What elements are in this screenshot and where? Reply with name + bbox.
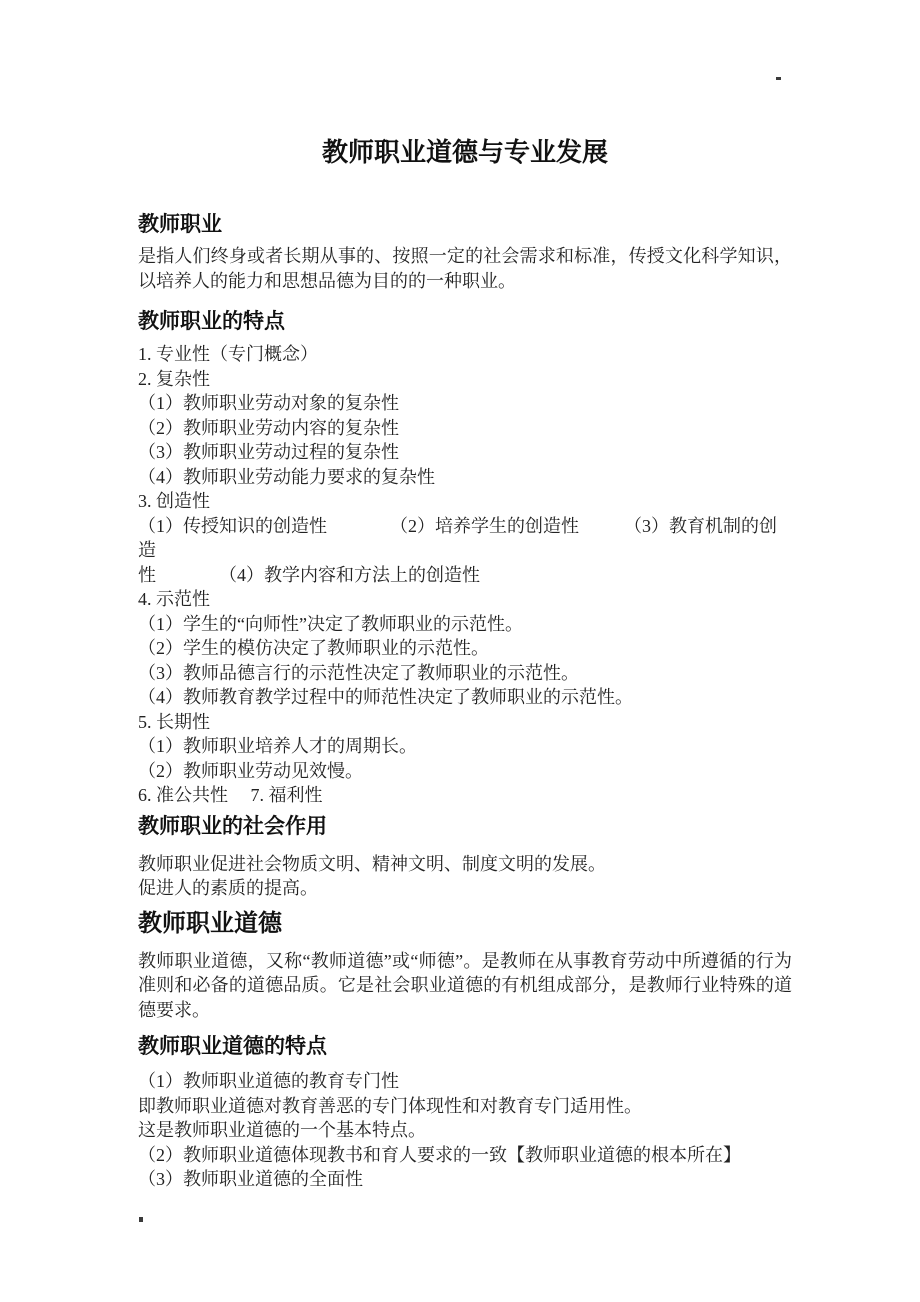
list-line: （4）教师教育教学过程中的师范性决定了教师职业的示范性。 [138,685,792,710]
list-line: 5. 长期性 [138,710,792,735]
list-line: （2）教师职业道德体现教书和育人要求的一致【教师职业道德的根本所在】 [138,1143,792,1168]
list-line: （1）教师职业劳动对象的复杂性 [138,391,792,416]
list-line: 6. 准公共性 7. 福利性 [138,783,792,808]
document-page: 教师职业道德与专业发展 教师职业 是指人们终身或者长期从事的、按照一定的社会需求… [0,0,920,1302]
list-line: （1）传授知识的创造性 （2）培养学生的创造性 （3）教育机制的创造 [138,514,792,563]
list-line: 教师职业促进社会物质文明、精神文明、制度文明的发展。 [138,852,792,877]
document-title: 教师职业道德与专业发展 [138,136,792,170]
ink-speck-bottom-left [139,1217,143,1222]
list-line: 即教师职业道德对教育善恶的专门体现性和对教育专门适用性。 [138,1094,792,1119]
list-line: 3. 创造性 [138,489,792,514]
list-line: （4）教师职业劳动能力要求的复杂性 [138,465,792,490]
paragraph: 教师职业道德，又称“教师道德”或“师德”。是教师在从事教育劳动中所遵循的行为准则… [138,949,792,1023]
section-heading-social-role: 教师职业的社会作用 [138,811,792,841]
ink-speck-top-right [776,77,781,80]
list-line: （2）教师职业劳动见效慢。 [138,759,792,784]
list-line: （3）教师职业道德的全面性 [138,1167,792,1192]
list-line: 2. 复杂性 [138,367,792,392]
list-line: 1. 专业性（专门概念） [138,342,792,367]
document-content: 教师职业道德与专业发展 教师职业 是指人们终身或者长期从事的、按照一定的社会需求… [0,0,920,1192]
section-heading-teacher-occupation: 教师职业 [138,209,792,239]
list-line: 4. 示范性 [138,587,792,612]
list-line: （1）学生的“向师性”决定了教师职业的示范性。 [138,612,792,637]
section-heading-ethics-features: 教师职业道德的特点 [138,1031,792,1061]
list-line: 这是教师职业道德的一个基本特点。 [138,1118,792,1143]
paragraph: 是指人们终身或者长期从事的、按照一定的社会需求和标准，传授文化科学知识，以培养人… [138,244,792,293]
list-line: （2）教师职业劳动内容的复杂性 [138,416,792,441]
section-heading-occupation-features: 教师职业的特点 [138,306,792,336]
list-line: 性 （4）教学内容和方法上的创造性 [138,563,792,588]
section-heading-teacher-ethics: 教师职业道德 [138,908,792,940]
list-line: （2）学生的模仿决定了教师职业的示范性。 [138,636,792,661]
list-line: （3）教师品德言行的示范性决定了教师职业的示范性。 [138,661,792,686]
list-line: （3）教师职业劳动过程的复杂性 [138,440,792,465]
list-line: （1）教师职业培养人才的周期长。 [138,734,792,759]
list-line: （1）教师职业道德的教育专门性 [138,1069,792,1094]
list-line: 促进人的素质的提高。 [138,876,792,901]
